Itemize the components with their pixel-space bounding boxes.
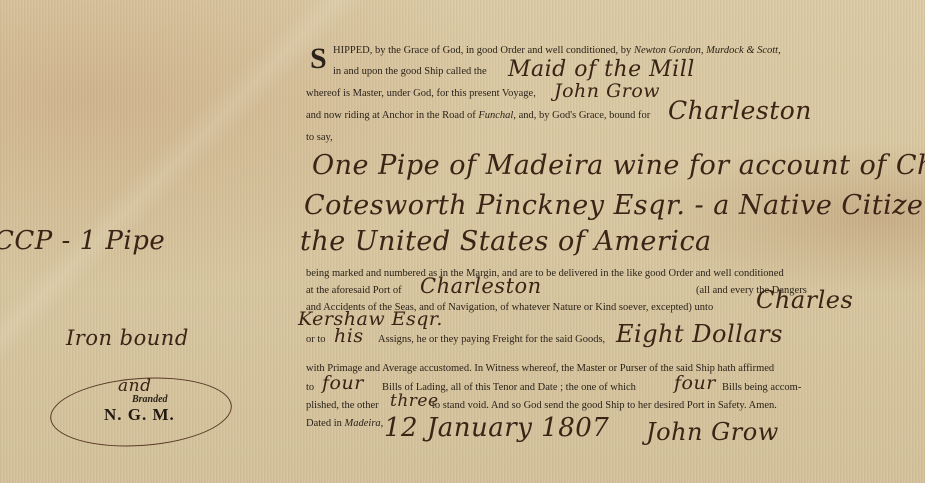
printed-line-12a: plished, the other bbox=[306, 400, 379, 412]
printed-line-5: to say, bbox=[306, 132, 333, 144]
consignee-line-2: Kershaw Esqr. bbox=[298, 308, 443, 330]
printed-line-2: in and upon the good Ship called the bbox=[333, 66, 487, 78]
branded-label: Branded bbox=[132, 394, 168, 405]
dropcap: S bbox=[310, 45, 327, 73]
goods-line-1: One Pipe of Madeira wine for account of … bbox=[312, 150, 925, 181]
printed-line-9a: or to bbox=[306, 334, 326, 346]
bills-accomplished: four bbox=[674, 372, 716, 394]
printed-line-3: whereof is Master, under God, for this p… bbox=[306, 88, 536, 100]
master-name: John Grow bbox=[554, 80, 660, 102]
printed-text: Dated in bbox=[306, 418, 345, 429]
printed-line-7a: at the aforesaid Port of bbox=[306, 285, 402, 297]
printed-line-13: Dated in Madeira, bbox=[306, 418, 383, 430]
freight-amount: Eight Dollars bbox=[616, 320, 783, 348]
printed-line-9b: Assigns, he or they paying Freight for t… bbox=[378, 334, 605, 346]
goods-line-3: the United States of America bbox=[300, 226, 712, 257]
printed-text: and now riding at Anchor in the Road of bbox=[306, 110, 478, 121]
port-funchal: Funchal bbox=[478, 110, 513, 121]
place-madeira: Madeira, bbox=[345, 418, 384, 429]
printed-line-6: being marked and numbered as in the Marg… bbox=[306, 268, 784, 280]
printed-line-11a: to bbox=[306, 382, 314, 394]
goods-line-2: Cotesworth Pinckney Esqr. - a Native Cit… bbox=[304, 190, 925, 221]
printed-text: HIPPED, by the Grace of God, in good Ord… bbox=[333, 45, 634, 56]
printed-text: , and, by God's Grace, bound for bbox=[513, 110, 650, 121]
margin-note-iron-bound: Iron bound bbox=[66, 326, 189, 350]
date: 12 January 1807 bbox=[384, 413, 609, 443]
destination: Charleston bbox=[668, 96, 812, 125]
signature: John Grow bbox=[646, 418, 779, 446]
brand-mark: N. G. M. bbox=[104, 405, 175, 425]
margin-and: and bbox=[118, 376, 151, 396]
printed-line-4: and now riding at Anchor in the Road of … bbox=[306, 110, 650, 122]
printed-line-11c: Bills being accom- bbox=[722, 382, 801, 394]
delivery-port: Charleston bbox=[420, 274, 542, 298]
consignee-line-1: Charles bbox=[756, 286, 853, 314]
shippers: Newton Gordon, Murdock & Scott, bbox=[634, 45, 781, 56]
assigns-pronoun: his bbox=[334, 325, 364, 347]
printed-line-12b: to stand void. And so God send the good … bbox=[432, 400, 777, 412]
margin-mark: CCP - 1 Pipe bbox=[0, 226, 165, 256]
ship-name: Maid of the Mill bbox=[508, 57, 695, 82]
bills-count: four bbox=[322, 372, 364, 394]
printed-line-1: HIPPED, by the Grace of God, in good Ord… bbox=[333, 45, 781, 57]
